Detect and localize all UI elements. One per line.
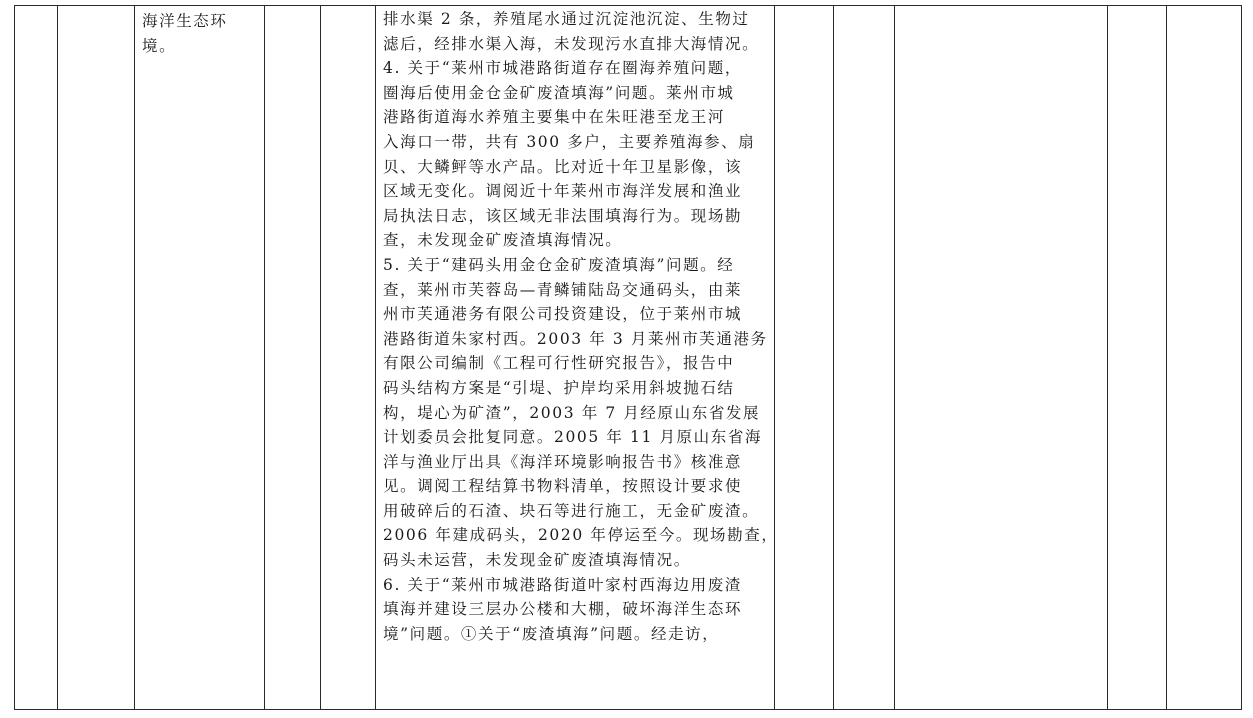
text-line: 境。 [142, 34, 258, 59]
table-row: 海洋生态环 境。 排水渠 2 条，养殖尾水通过沉淀池沉淀、生物过 滤后，经排水渠… [15, 6, 1242, 710]
text-line: 海洋生态环 [142, 9, 258, 34]
cell-investigation-findings: 排水渠 2 条，养殖尾水通过沉淀池沉淀、生物过 滤后，经排水渠入海，未发现污水直… [376, 6, 775, 710]
investigation-findings-text: 排水渠 2 条，养殖尾水通过沉淀池沉淀、生物过 滤后，经排水渠入海，未发现污水直… [376, 6, 774, 646]
text-line: 境”问题。①关于“废渣填海”问题。经走访， [383, 622, 768, 647]
cell-col-8 [834, 6, 895, 710]
text-line: 查，未发现金矿废渣填海情况。 [383, 228, 768, 253]
text-line: 区域无变化。调阅近十年莱州市海洋发展和渔业 [383, 179, 768, 204]
text-line: 码头结构方案是“引堤、护岸均采用斜坡抛石结 [383, 376, 768, 401]
text-line: 码头未运营，未发现金矿废渣填海情况。 [383, 548, 768, 573]
text-line: 排水渠 2 条，养殖尾水通过沉淀池沉淀、生物过 [383, 7, 768, 32]
cell-col-5 [321, 6, 376, 710]
text-line: 见。调阅工程结算书物料清单，按照设计要求使 [383, 474, 768, 499]
text-line: 4. 关于“莱州市城港路街道存在圈海养殖问题， [383, 56, 768, 81]
cell-col-10 [1108, 6, 1167, 710]
text-line: 滤后，经排水渠入海，未发现污水直排大海情况。 [383, 32, 768, 57]
text-line: 入海口一带，共有 300 多户，主要养殖海参、扇 [383, 130, 768, 155]
text-line: 圈海后使用金仓金矿废渣填海”问题。莱州市城 [383, 81, 768, 106]
text-line: 2006 年建成码头，2020 年停运至今。现场勘查， [383, 523, 768, 548]
text-line: 6. 关于“莱州市城港路街道叶家村西海边用废渣 [383, 573, 768, 598]
document-table: 海洋生态环 境。 排水渠 2 条，养殖尾水通过沉淀池沉淀、生物过 滤后，经排水渠… [14, 5, 1242, 710]
cell-col-1 [15, 6, 58, 710]
text-line: 局执法日志，该区域无非法围填海行为。现场勘 [383, 204, 768, 229]
issue-summary-text: 海洋生态环 境。 [135, 6, 264, 58]
text-line: 港路街道海水养殖主要集中在朱旺港至龙王河 [383, 105, 768, 130]
cell-col-11 [1167, 6, 1242, 710]
text-line: 构，堤心为矿渣”，2003 年 7 月经原山东省发展 [383, 401, 768, 426]
text-line: 有限公司编制《工程可行性研究报告》，报告中 [383, 351, 768, 376]
text-line: 查，莱州市芙蓉岛—青鳞铺陆岛交通码头，由莱 [383, 278, 768, 303]
text-line: 洋与渔业厅出具《海洋环境影响报告书》核准意 [383, 450, 768, 475]
cell-col-4 [265, 6, 321, 710]
cell-issue-summary: 海洋生态环 境。 [135, 6, 265, 710]
text-line: 填海并建设三层办公楼和大棚，破坏海洋生态环 [383, 597, 768, 622]
text-line: 用破碎后的石渣、块石等进行施工，无金矿废渣。 [383, 499, 768, 524]
cell-col-7 [775, 6, 834, 710]
text-line: 计划委员会批复同意。2005 年 11 月原山东省海 [383, 425, 768, 450]
text-line: 州市芙通港务有限公司投资建设，位于莱州市城 [383, 302, 768, 327]
text-line: 5. 关于“建码头用金仓金矿废渣填海”问题。经 [383, 253, 768, 278]
text-line: 港路街道朱家村西。2003 年 3 月莱州市芙通港务 [383, 327, 768, 352]
cell-col-9 [895, 6, 1108, 710]
text-line: 贝、大鳞鲆等水产品。比对近十年卫星影像，该 [383, 155, 768, 180]
cell-col-2 [58, 6, 135, 710]
